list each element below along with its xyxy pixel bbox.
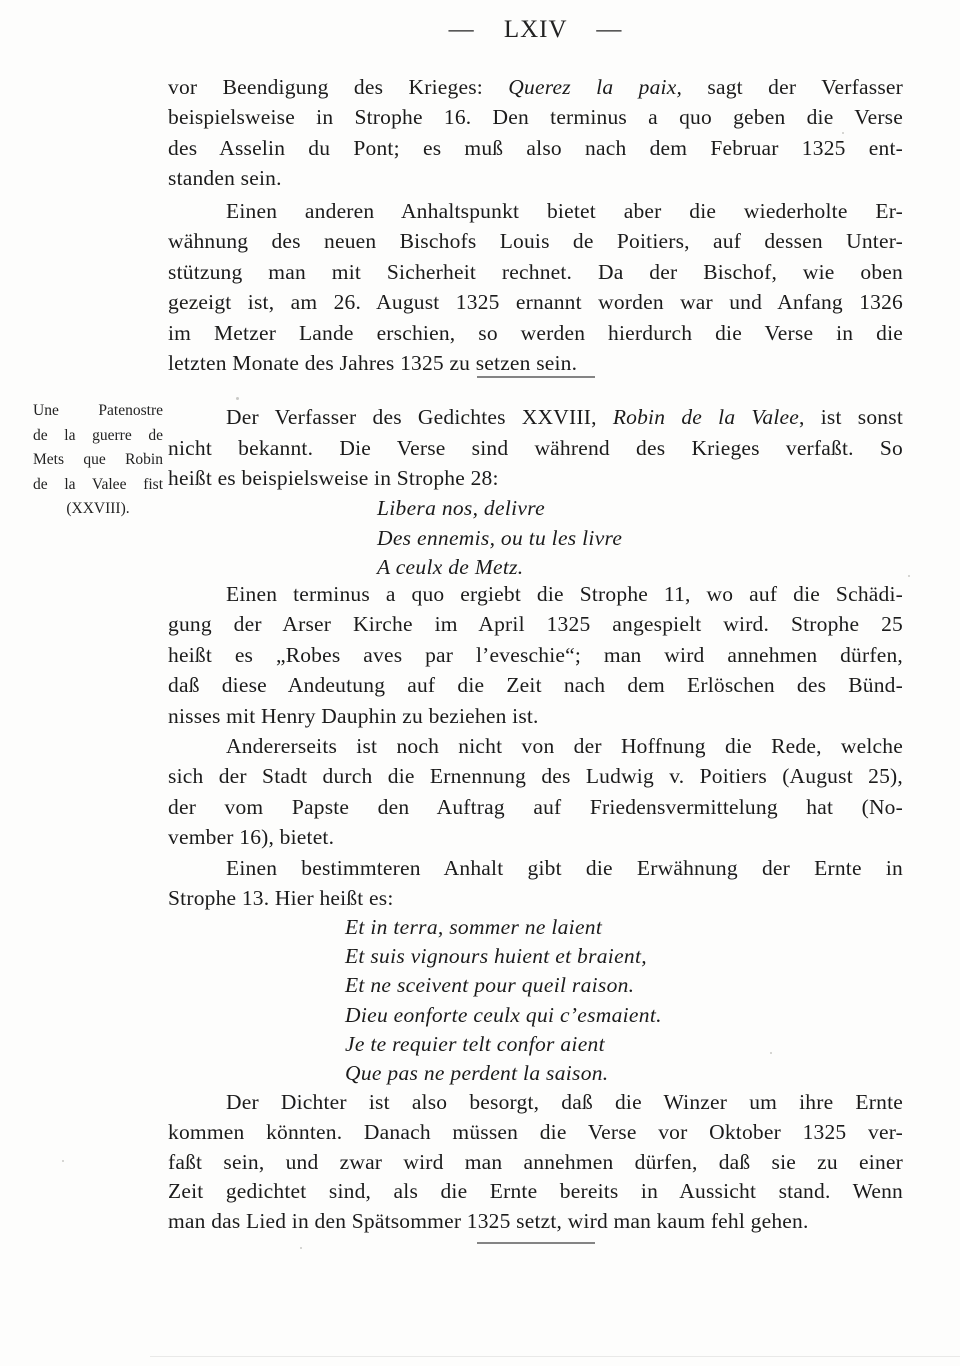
text-line: der vom Papste den Auftrag auf Friedensv… [168, 792, 903, 822]
divider-line [477, 376, 595, 378]
text-line: des Asselin du Pont; es muß also nach de… [168, 133, 903, 163]
plain-text: Einen terminus a quo ergiebt die Strophe… [226, 582, 903, 606]
scanned-book-page: — LXIV — Une Patenostrede la guerre deMe… [0, 0, 960, 1366]
paragraph: Einen anderen Anhaltspunkt bietet aber d… [168, 196, 903, 378]
section-divider-rule [168, 376, 903, 378]
plain-text: der vom Papste den Auftrag auf Friedensv… [168, 795, 903, 819]
plain-text: Einen bestimmteren Anhalt gibt die Erwäh… [226, 856, 903, 880]
plain-text: standen sein. [168, 166, 282, 190]
text-line: nisses mit Henry Dauphin zu beziehen ist… [168, 701, 903, 731]
paragraph: Der Dichter ist also besorgt, daß die Wi… [168, 1088, 903, 1237]
plain-text: heißt es beispielsweise in Strophe 28: [168, 466, 499, 490]
margin-note-line: de la Valee fist [33, 473, 163, 498]
plain-text: sagt der Verfasser [682, 75, 903, 99]
plain-text: Der Dichter ist also besorgt, daß die Wi… [226, 1090, 903, 1114]
margin-note-line: (XXVIII). [33, 497, 163, 522]
verse-quotation: Libera nos, delivreDes ennemis, ou tu le… [168, 494, 960, 583]
margin-note-line: de la guerre de [33, 424, 163, 449]
text-line: beispielsweise in Strophe 16. Den termin… [168, 102, 903, 132]
margin-note-line: Mets que Robin [33, 448, 163, 473]
plain-text: daß diese Andeutung auf die Zeit nach de… [168, 673, 903, 697]
verse-line: Que pas ne perdent la saison. [345, 1059, 960, 1088]
section-divider-rule [168, 1242, 903, 1244]
plain-text: gezeigt ist, am 26. August 1325 ernannt … [168, 290, 903, 314]
text-line: heißt es „Robes aves par l’eveschie“; ma… [168, 640, 903, 670]
verse-line: Libera nos, delivre [377, 494, 960, 524]
text-line: Einen terminus a quo ergiebt die Strophe… [168, 579, 903, 609]
text-line: Zeit gedichtet sind, als die Ernte berei… [168, 1177, 903, 1207]
plain-text: gung der Arser Kirche im April 1325 ange… [168, 612, 903, 636]
plain-text: beispielsweise in Strophe 16. Den termin… [168, 105, 903, 129]
text-line: daß diese Andeutung auf die Zeit nach de… [168, 670, 903, 700]
text-line: Strophe 13. Hier heißt es: [168, 883, 903, 913]
paragraph: Einen terminus a quo ergiebt die Strophe… [168, 579, 903, 731]
verse-line: Des ennemis, ou tu les livre [377, 524, 960, 554]
text-line: standen sein. [168, 163, 903, 193]
text-line: gezeigt ist, am 26. August 1325 ernannt … [168, 287, 903, 317]
plain-text: sich der Stadt durch die Ernennung des L… [168, 764, 903, 788]
scan-speck [842, 132, 844, 134]
plain-text: faßt sein, und zwar wird man annehmen dü… [168, 1150, 903, 1174]
plain-text: im Metzer Lande erschien, so werden hier… [168, 321, 903, 345]
plain-text: wähnung des neuen Bischofs Louis de Poit… [168, 229, 903, 253]
margin-note-line: Une Patenostre [33, 399, 163, 424]
verse-line: Et in terra, sommer ne laient [345, 913, 960, 942]
verse-line: Je te requier telt confor aient [345, 1030, 960, 1059]
text-line: heißt es beispielsweise in Strophe 28: [168, 463, 903, 494]
margin-note: Une Patenostrede la guerre deMets que Ro… [33, 399, 163, 522]
text-line: Der Dichter ist also besorgt, daß die Wi… [168, 1088, 903, 1118]
text-line: Andererseits ist noch nicht von der Hoff… [168, 731, 903, 761]
text-line: vember 16), bietet. [168, 822, 903, 852]
verse-line: Et ne sceivent pour queil raison. [345, 971, 960, 1000]
text-line: wähnung des neuen Bischofs Louis de Poit… [168, 226, 903, 256]
verse-line: Et suis vignours huient et braient, [345, 942, 960, 971]
text-line: sich der Stadt durch die Ernennung des L… [168, 761, 903, 791]
plain-text: Einen anderen Anhaltspunkt bietet aber d… [226, 199, 903, 223]
italic-text: Querez la paix, [508, 75, 682, 99]
plain-text: Andererseits ist noch nicht von der Hoff… [226, 734, 903, 758]
text-line: gung der Arser Kirche im April 1325 ange… [168, 609, 903, 639]
text-line: letzten Monate des Jahres 1325 zu setzen… [168, 348, 903, 378]
scan-speck [908, 575, 910, 577]
plain-text: , ist sonst [799, 405, 903, 429]
plain-text: kommen könnten. Danach müssen die Verse … [168, 1120, 903, 1144]
paragraph: Andererseits ist noch nicht von der Hoff… [168, 731, 903, 852]
text-line: vor Beendigung des Krieges: Querez la pa… [168, 72, 903, 102]
plain-text: stützung man mit Sicherheit rechnet. Da … [168, 260, 903, 284]
verse-quotation: Et in terra, sommer ne laientEt suis vig… [168, 913, 960, 1088]
page-number-heading: — LXIV — [168, 16, 903, 44]
plain-text: vember 16), bietet. [168, 825, 334, 849]
plain-text: letzten Monate des Jahres 1325 zu setzen… [168, 351, 577, 375]
scan-speck [236, 397, 239, 400]
verse-line: Dieu eonforte ceulx qui c’esmaient. [345, 1001, 960, 1030]
text-line: stützung man mit Sicherheit rechnet. Da … [168, 257, 903, 287]
plain-text: nicht bekannt. Die Verse sind während de… [168, 436, 903, 460]
plain-text: Der Verfasser des Gedichtes XXVIII, [226, 405, 613, 429]
text-line: Einen bestimmteren Anhalt gibt die Erwäh… [168, 853, 903, 883]
text-line: kommen könnten. Danach müssen die Verse … [168, 1118, 903, 1148]
paragraph: Einen bestimmteren Anhalt gibt die Erwäh… [168, 853, 903, 913]
paragraph: vor Beendigung des Krieges: Querez la pa… [168, 72, 903, 194]
scan-speck [300, 1247, 302, 1249]
plain-text: Strophe 13. Hier heißt es: [168, 886, 394, 910]
plain-text: des Asselin du Pont; es muß also nach de… [168, 136, 903, 160]
page-bottom-edge [150, 1356, 960, 1357]
divider-line [477, 1242, 595, 1244]
scan-speck [770, 1052, 772, 1054]
text-line: im Metzer Lande erschien, so werden hier… [168, 318, 903, 348]
text-line: faßt sein, und zwar wird man annehmen dü… [168, 1148, 903, 1178]
plain-text: nisses mit Henry Dauphin zu beziehen ist… [168, 704, 539, 728]
plain-text: Zeit gedichtet sind, als die Ernte berei… [168, 1179, 903, 1203]
text-line: nicht bekannt. Die Verse sind während de… [168, 433, 903, 464]
text-line: Einen anderen Anhaltspunkt bietet aber d… [168, 196, 903, 226]
plain-text: heißt es „Robes aves par l’eveschie“; ma… [168, 643, 903, 667]
italic-text: Robin de la Valee [613, 405, 799, 429]
paragraph: Der Verfasser des Gedichtes XXVIII, Robi… [168, 402, 903, 494]
plain-text: vor Beendigung des Krieges: [168, 75, 508, 99]
text-line: Der Verfasser des Gedichtes XXVIII, Robi… [168, 402, 903, 433]
text-line: man das Lied in den Spätsommer 1325 setz… [168, 1207, 903, 1237]
plain-text: man das Lied in den Spätsommer 1325 setz… [168, 1209, 809, 1233]
scan-speck [62, 1160, 64, 1162]
